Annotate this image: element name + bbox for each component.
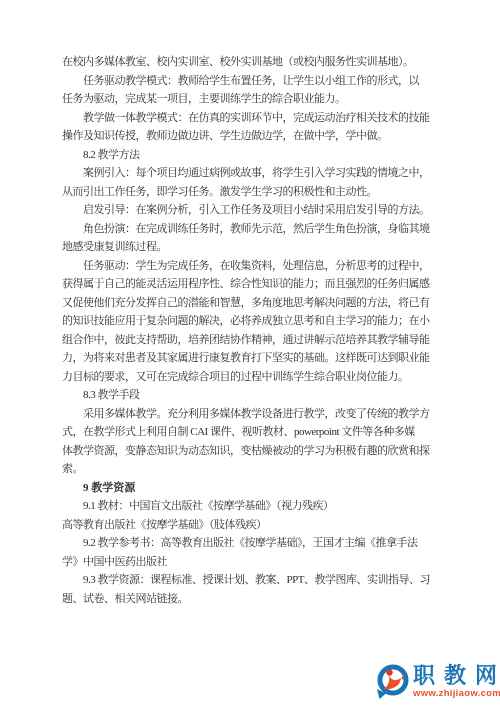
text-line: 教学做一体教学模式：在仿真的实训环节中，完成运动治疗相关技术的技能 [62,109,444,128]
text-line: 高等教育出版社《按摩学基础》（肢体残疾） [62,516,444,535]
text-line: 获得属于自己的能灵活运用程序性、综合性知识的能力；而且强烈的任务归属感 [62,275,444,294]
text-line: 的知识技能应用于复杂问题的解决，必将养成独立思考和自主学习的能力；在小 [62,312,444,331]
text-line: 角色扮演：在完成训练任务时，教师先示范，然后学生角色扮演，身临其境 [62,220,444,239]
text-line: 操作及知识传授，教师边做边讲、学生边做边学，在做中学，学中做。 [62,127,444,146]
text-line: 在校内多媒体教室、校内实训室、校外实训基地（或校内服务性实训基地）。 [62,53,444,72]
text-line: 力，为将来对患者及其家属进行康复教育打下坚实的基础。这样既可达到职业能 [62,349,444,368]
text-line: 启发引导：在案例分析，引入工作任务及项目小结时采用启发引导的方法。 [62,201,444,220]
text-line: 从而引出工作任务，即学习任务。激发学生学习的积极性和主动性。 [62,183,444,202]
site-watermark: 职教网 www.zhijiaow.com [375,663,500,703]
text-line: 又促使他们充分发挥自己的潜能和智慧，多角度地思考解决问题的方法，将已有 [62,294,444,313]
text-line: 体教学资源，变静态知识为动态知识，变枯燥被动的学习为积极有趣的欣赏和探 [62,442,444,461]
watermark-text-block: 职教网 www.zhijiaow.com [413,663,500,699]
document-page: 在校内多媒体教室、校内实训室、校外实训基地（或校内服务性实训基地）。任务驱动教学… [0,0,500,707]
text-line: 采用多媒体教学。充分利用多媒体教学设备进行教学，改变了传统的教学方 [62,405,444,424]
text-line: 9.2 教学参考书：高等教育出版社《按摩学基础》，王国才主编《推拿手法 [62,534,444,553]
text-line: 任务为驱动，完成某一项目，主要训练学生的综合职业能力。 [62,90,444,109]
section-heading: 9 教学资源 [62,479,444,498]
text-line: 题、试卷、相关网站链接。 [62,590,444,609]
text-line: 任务驱动教学模式：教师给学生布置任务，让学生以小组工作的形式，以 [62,72,444,91]
text-line: 学》中国中医药出版社 [62,553,444,572]
text-line: 地感受康复训练过程。 [62,238,444,257]
document-body: 在校内多媒体教室、校内实训室、校外实训基地（或校内服务性实训基地）。任务驱动教学… [62,53,444,608]
zhijiaow-logo-icon [375,663,412,703]
site-url: www.zhijiaow.com [413,689,500,699]
text-line: 任务驱动：学生为完成任务，在收集资料，处理信息，分析思考的过程中， [62,257,444,276]
text-line: 索。 [62,460,444,479]
text-line: 组合作中，彼此支持帮助，培养团结协作精神，通过讲解示范培养其教学辅导能 [62,331,444,350]
text-line: 案例引入：每个项目均通过病例或故事，将学生引入学习实践的情境之中， [62,164,444,183]
text-line: 8.3 教学手段 [62,386,444,405]
text-line: 9.1 教材：中国盲文出版社《按摩学基础》（视力残疾） [62,497,444,516]
text-line: 式，在教学形式上利用自制 CAI 课件、视听教材、powerpoint 文件等各… [62,423,444,442]
site-name: 职教网 [413,663,500,689]
text-line: 8.2 教学方法 [62,146,444,165]
text-line: 力目标的要求，又可在完成综合项目的过程中训练学生综合职业岗位能力。 [62,368,444,387]
text-line: 9.3 教学资源：课程标准、授课计划、教案、PPT、教学图库、实训指导、习 [62,571,444,590]
